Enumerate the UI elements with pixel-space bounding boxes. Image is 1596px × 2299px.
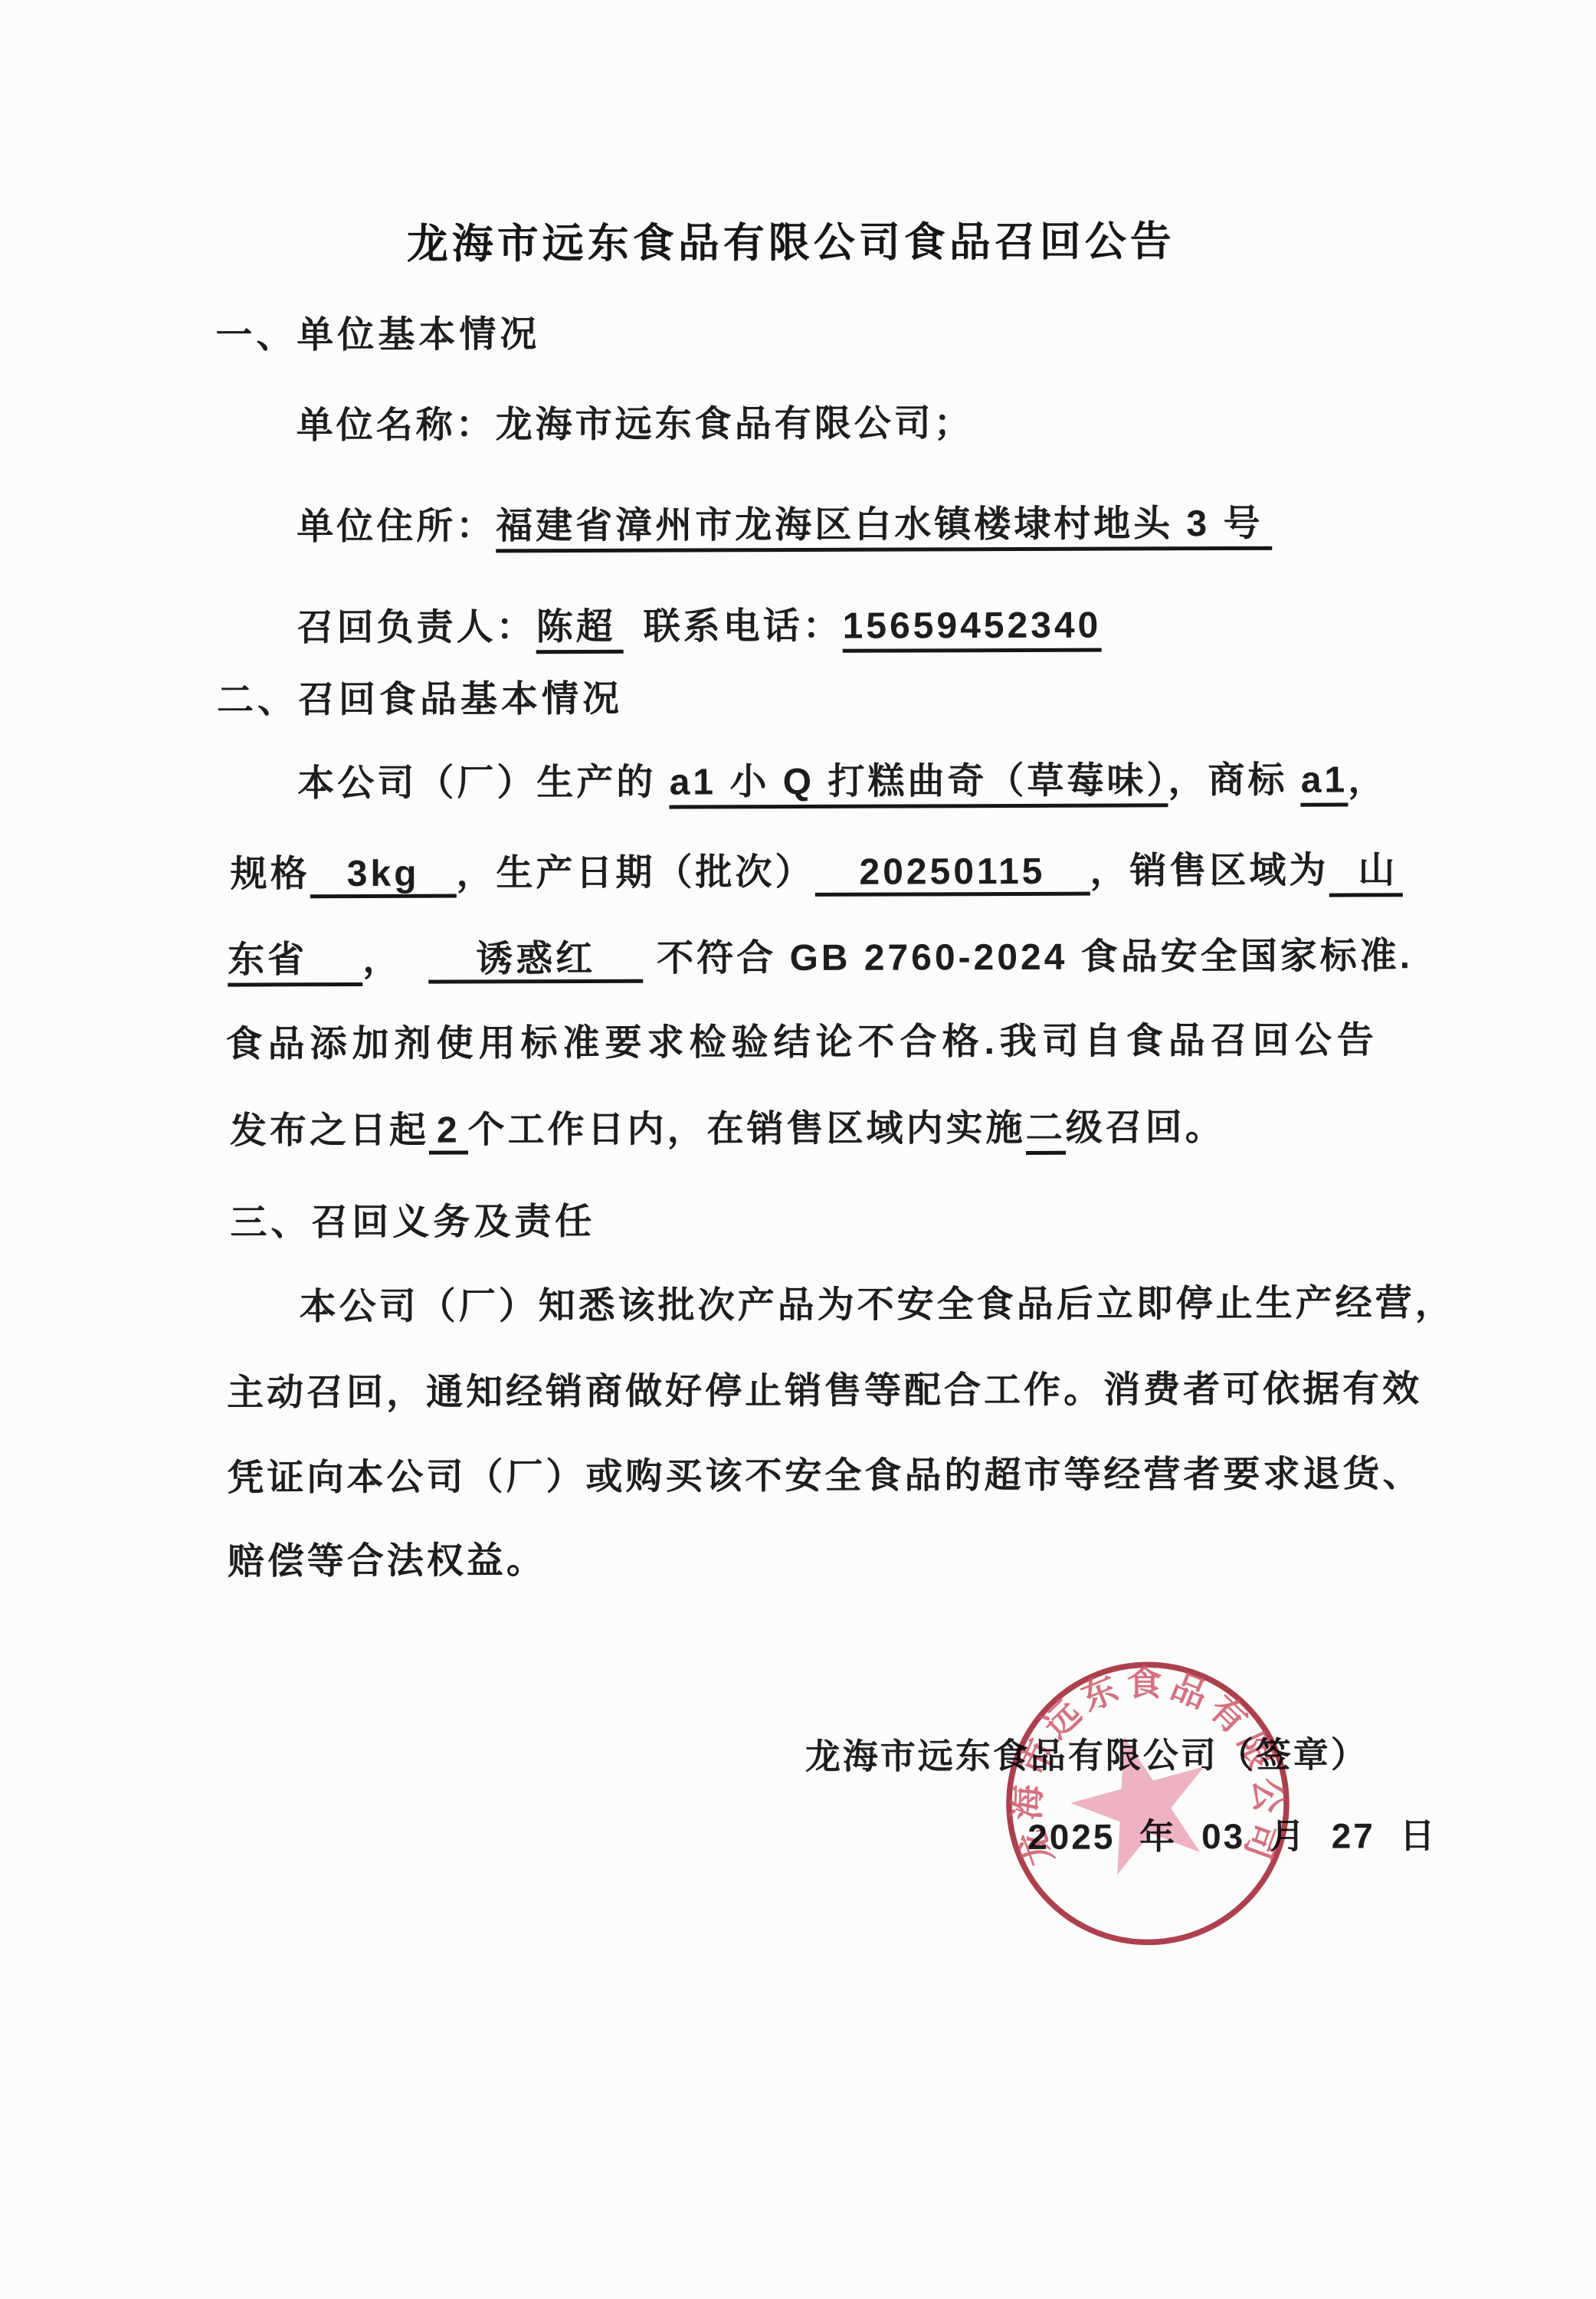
- spec-batch-line: 规格3kg，生产日期（批次）20250115，销售区域为山: [231, 849, 1403, 896]
- period-end: 级召回。: [1066, 1107, 1225, 1149]
- duty-paragraph-line1: 本公司（厂）知悉该批次产品为不安全食品后立即停止生产经营，: [300, 1282, 1455, 1328]
- product-line: 本公司（厂）生产的 a1 小 Q 打糕曲奇（草莓味），商标 a1，: [297, 759, 1388, 805]
- unit-name-line: 单位名称：龙海市远东食品有限公司；: [297, 402, 974, 447]
- spec-label: 规格: [231, 854, 310, 894]
- section2-heading: 二、召回食品基本情况: [217, 678, 623, 722]
- period-pre: 发布之日起: [230, 1110, 429, 1152]
- unit-address-value: 福建省漳州市龙海区白水镇楼埭村地头 3 号: [496, 503, 1273, 553]
- recall-person-label: 召回负责人：: [297, 607, 536, 648]
- batch-label: ，生产日期（批次）: [456, 852, 814, 894]
- region-label: ，销售区域为: [1090, 851, 1329, 892]
- recall-level: 二: [1026, 1108, 1066, 1155]
- product-line-pre: 本公司（厂）生产的: [297, 763, 670, 805]
- recall-person-name: 陈超: [536, 607, 624, 654]
- batch-value: 20250115: [814, 851, 1090, 897]
- phone-value: 15659452340: [843, 605, 1102, 653]
- spec-value: 3kg: [310, 854, 457, 899]
- product-name-value: a1 小 Q 打糕曲奇（草莓味）: [670, 760, 1168, 808]
- document-title: 龙海市远东食品有限公司食品召回公告: [407, 218, 1175, 268]
- svg-text:龙海市远东食品有限公司: 龙海市远东食品有限公司: [1006, 1663, 1289, 1871]
- scan-content: 龙海市远东食品有限公司食品召回公告 一、单位基本情况 单位名称：龙海市远东食品有…: [0, 0, 1596, 2299]
- duty-paragraph-line4: 赔偿等合法权益。: [228, 1540, 546, 1583]
- stamp-company-text: 龙海市远东食品有限公司: [1006, 1663, 1289, 1871]
- standard-text: 不符合 GB 2760-2024 食品安全国家标准.: [657, 936, 1413, 979]
- unit-address-line: 单位住所：福建省漳州市龙海区白水镇楼埭村地头 3 号: [297, 503, 1273, 549]
- duty-paragraph-line2: 主动召回，通知经销商做好停止销售等配合工作。消费者可依据有效: [227, 1368, 1422, 1415]
- period-mid: 个工作日内，在销售区域内实施: [468, 1108, 1026, 1151]
- unit-address-label: 单位住所：: [297, 506, 496, 547]
- section3-heading: 三、召回义务及责任: [230, 1201, 595, 1245]
- trademark-label: ，商标: [1168, 760, 1301, 802]
- product-line-end: ，: [1348, 759, 1388, 800]
- unit-name-value: 龙海市远东食品有限公司；: [496, 403, 974, 445]
- region-value-part2: 东省: [228, 940, 362, 987]
- duty-paragraph-line3: 凭证向本公司（厂）或购买该不安全食品的超市等经营者要求退货、: [227, 1453, 1422, 1500]
- phone-label: 联系电话：: [644, 606, 843, 648]
- recall-period-line: 发布之日起2个工作日内，在销售区域内实施二级召回。: [230, 1107, 1225, 1153]
- recall-contact-line: 召回负责人：陈超联系电话：15659452340: [297, 605, 1102, 650]
- unit-name-label: 单位名称：: [297, 405, 496, 446]
- document-page: 龙海市远东食品有限公司食品召回公告 一、单位基本情况 单位名称：龙海市远东食品有…: [0, 0, 1596, 2299]
- trademark-value: a1: [1301, 759, 1349, 806]
- additive-line: 东省，诱惑红不符合 GB 2760-2024 食品安全国家标准.: [228, 935, 1413, 982]
- period-days: 2: [429, 1110, 468, 1155]
- region-value-part1: 山: [1329, 850, 1402, 897]
- red-seal-stamp: 龙海市远东食品有限公司: [985, 1641, 1310, 1966]
- additive-comma: ，: [362, 940, 402, 980]
- conclusion-line: 食品添加剂使用标准要求检验结论不合格.我司自食品召回公告: [225, 1019, 1379, 1065]
- stamp-star-icon: [1057, 1718, 1225, 1881]
- section1-heading: 一、单位基本情况: [215, 313, 540, 357]
- additive-name: 诱惑红: [428, 939, 643, 984]
